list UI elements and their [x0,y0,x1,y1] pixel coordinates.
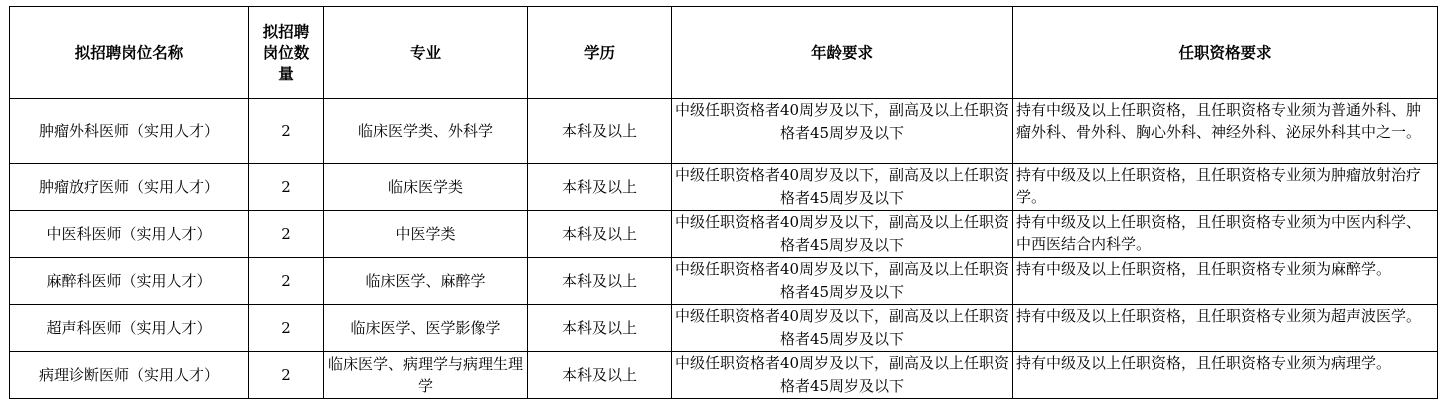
recruitment-table: 拟招聘岗位名称 拟招聘 岗位数 量 专业 学历 年龄要求 任职资格要求 肿瘤外科… [9,6,1438,399]
header-age: 年龄要求 [672,7,1013,99]
cell-position: 肿瘤外科医师（实用人才） [10,99,249,164]
cell-education: 本科及以上 [528,99,672,164]
cell-qualification: 持有中级及以上任职资格，且任职资格专业须为普通外科、肿瘤外科、骨外科、胸心外科、… [1013,99,1438,164]
cell-position: 超声科医师（实用人才） [10,305,249,352]
cell-age: 中级任职资格者40周岁及以下，副高及以上任职资格者45周岁及以下 [672,99,1013,164]
cell-education: 本科及以上 [528,258,672,305]
cell-education: 本科及以上 [528,305,672,352]
table-row: 肿瘤外科医师（实用人才） 2 临床医学类、外科学 本科及以上 中级任职资格者40… [10,99,1438,164]
table-row: 麻醉科医师（实用人才） 2 临床医学、麻醉学 本科及以上 中级任职资格者40周岁… [10,258,1438,305]
cell-age: 中级任职资格者40周岁及以下，副高及以上任职资格者45周岁及以下 [672,258,1013,305]
header-row: 拟招聘岗位名称 拟招聘 岗位数 量 专业 学历 年龄要求 任职资格要求 [10,7,1438,99]
cell-major: 中医学类 [324,211,528,258]
header-qualification: 任职资格要求 [1013,7,1438,99]
cell-major: 临床医学类、外科学 [324,99,528,164]
cell-count: 2 [249,211,324,258]
cell-qualification: 持有中级及以上任职资格，且任职资格专业须为中医内科学、中西医结合内科学。 [1013,211,1438,258]
cell-position: 肿瘤放疗医师（实用人才） [10,164,249,211]
cell-position: 中医科医师（实用人才） [10,211,249,258]
table-row: 肿瘤放疗医师（实用人才） 2 临床医学类 本科及以上 中级任职资格者40周岁及以… [10,164,1438,211]
cell-count: 2 [249,305,324,352]
cell-qualification: 持有中级及以上任职资格，且任职资格专业须为麻醉学。 [1013,258,1438,305]
cell-education: 本科及以上 [528,352,672,399]
cell-count: 2 [249,164,324,211]
cell-age: 中级任职资格者40周岁及以下，副高及以上任职资格者45周岁及以下 [672,211,1013,258]
cell-age: 中级任职资格者40周岁及以下，副高及以上任职资格者45周岁及以下 [672,305,1013,352]
cell-education: 本科及以上 [528,164,672,211]
table-row: 病理诊断医师（实用人才） 2 临床医学、病理学与病理生理学 本科及以上 中级任职… [10,352,1438,399]
cell-qualification: 持有中级及以上任职资格，且任职资格专业须为超声波医学。 [1013,305,1438,352]
header-major: 专业 [324,7,528,99]
cell-position: 病理诊断医师（实用人才） [10,352,249,399]
cell-age: 中级任职资格者40周岁及以下，副高及以上任职资格者45周岁及以下 [672,352,1013,399]
cell-count: 2 [249,99,324,164]
header-count-line: 拟招聘 [249,21,323,42]
cell-major: 临床医学类 [324,164,528,211]
cell-qualification: 持有中级及以上任职资格，且任职资格专业须为病理学。 [1013,352,1438,399]
cell-major: 临床医学、病理学与病理生理学 [324,352,528,399]
cell-age: 中级任职资格者40周岁及以下，副高及以上任职资格者45周岁及以下 [672,164,1013,211]
header-position: 拟招聘岗位名称 [10,7,249,99]
cell-count: 2 [249,258,324,305]
cell-position: 麻醉科医师（实用人才） [10,258,249,305]
header-count-line: 量 [249,63,323,84]
cell-major: 临床医学、医学影像学 [324,305,528,352]
cell-qualification: 持有中级及以上任职资格，且任职资格专业须为肿瘤放射治疗学。 [1013,164,1438,211]
header-count: 拟招聘 岗位数 量 [249,7,324,99]
table-row: 中医科医师（实用人才） 2 中医学类 本科及以上 中级任职资格者40周岁及以下，… [10,211,1438,258]
cell-major: 临床医学、麻醉学 [324,258,528,305]
cell-count: 2 [249,352,324,399]
table-row: 超声科医师（实用人才） 2 临床医学、医学影像学 本科及以上 中级任职资格者40… [10,305,1438,352]
header-education: 学历 [528,7,672,99]
cell-education: 本科及以上 [528,211,672,258]
header-count-line: 岗位数 [249,42,323,63]
